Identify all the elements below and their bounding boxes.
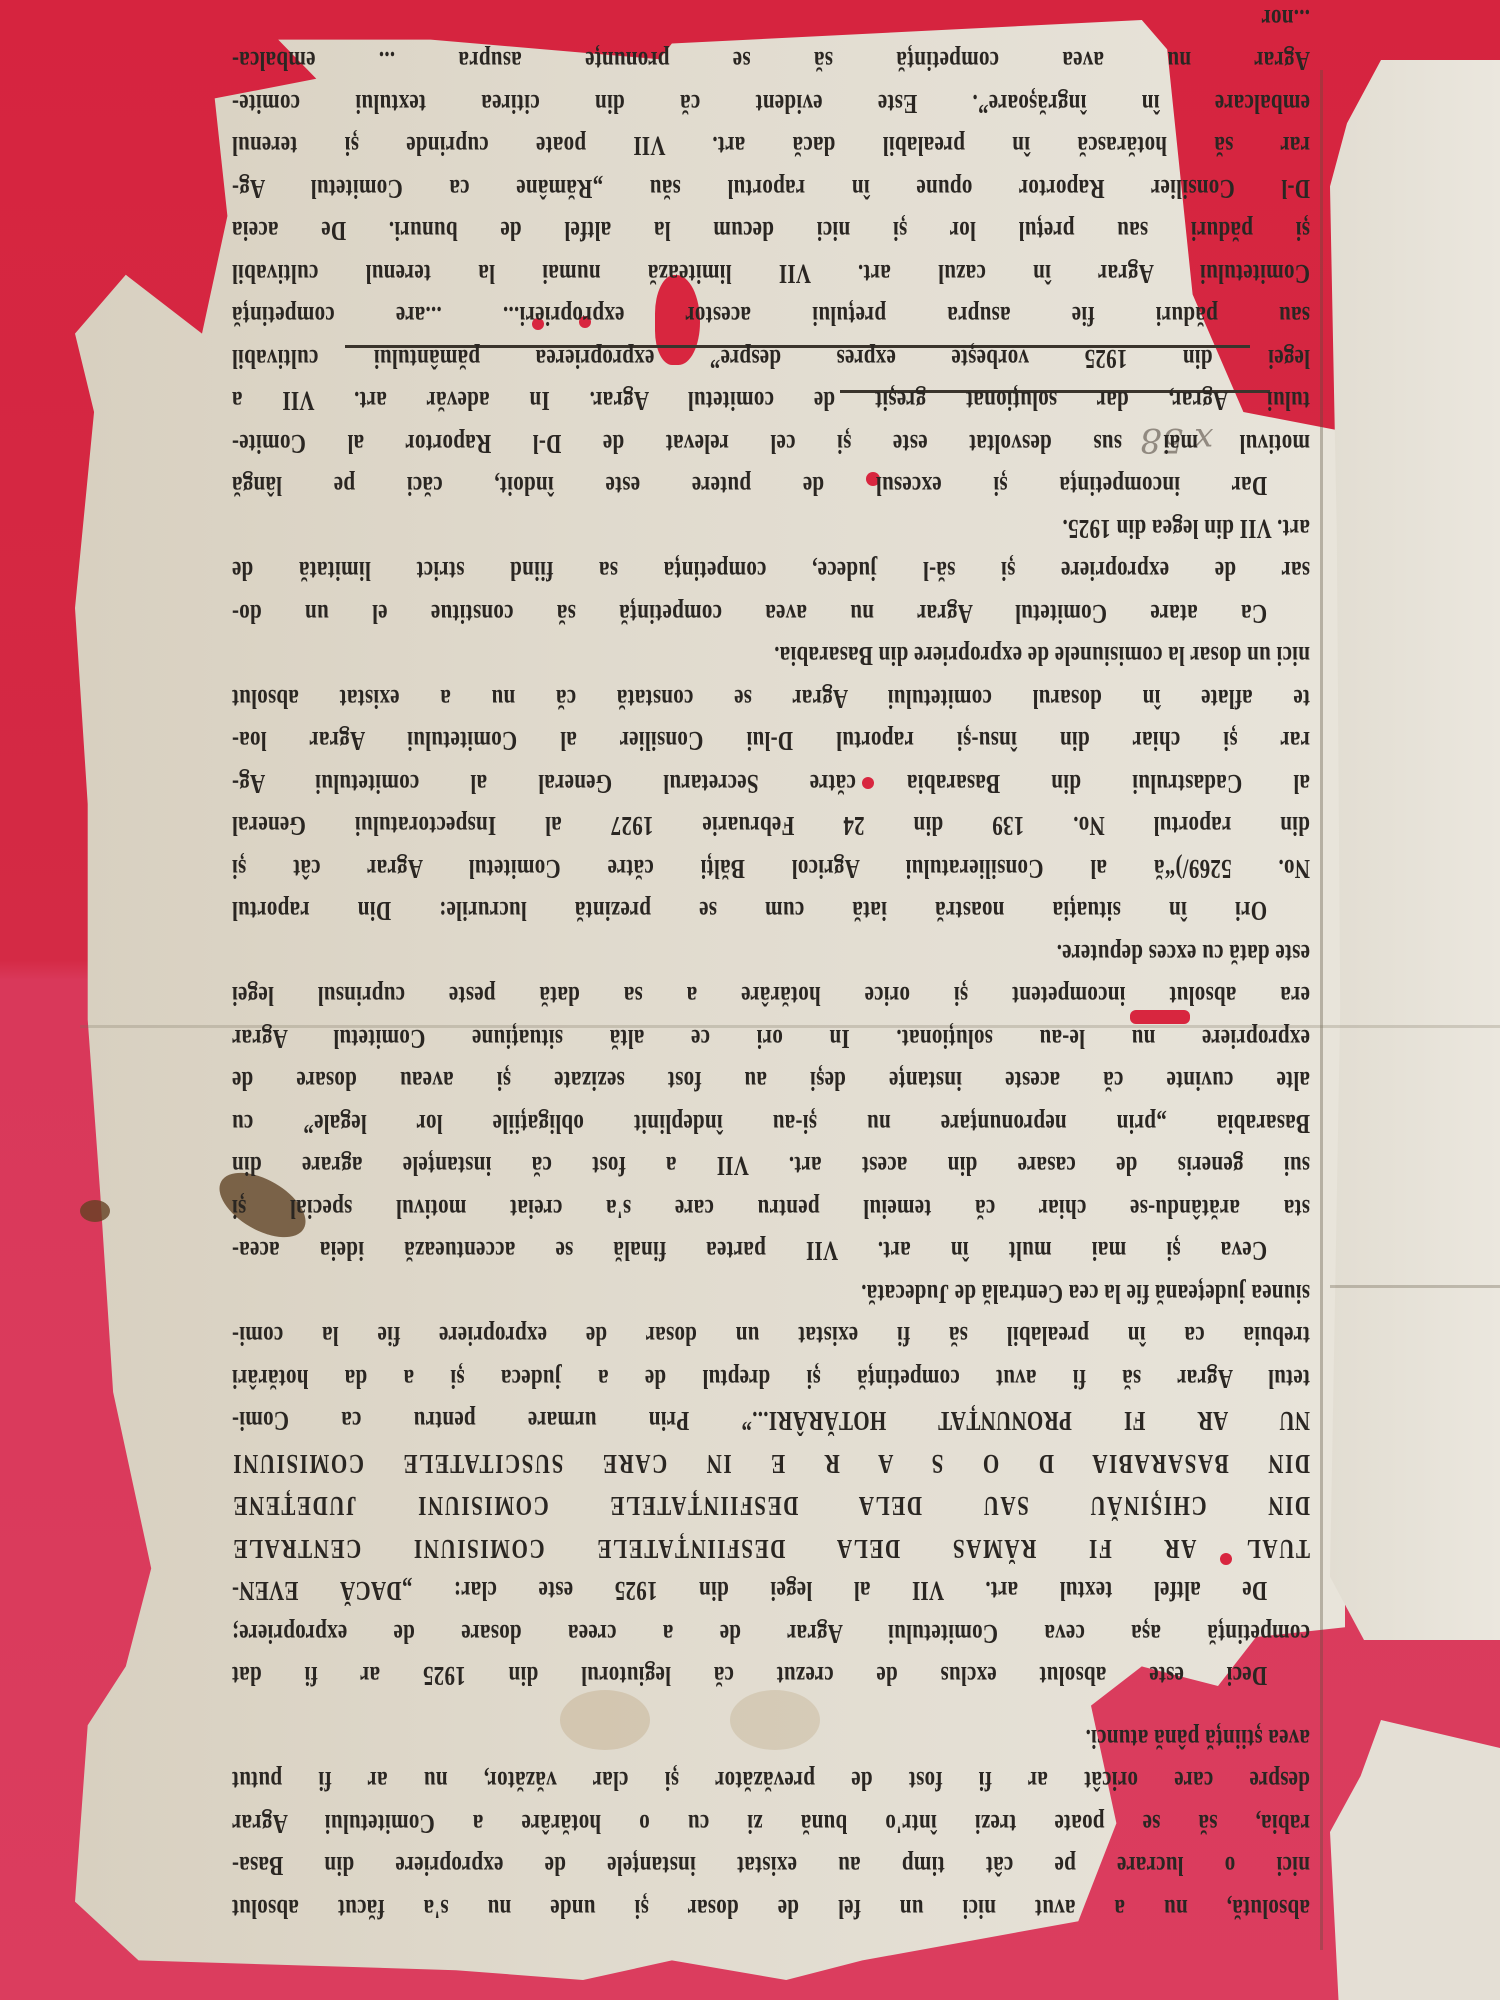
text-line: Ori în situația noastră iată cum se prez… xyxy=(232,890,1310,933)
text-line: Agrar nu avea competință să se pronunțe … xyxy=(232,40,1310,83)
text-line: Ceva și mai mult în art. VII partea fina… xyxy=(232,1230,1310,1273)
text-line: rar și chiar din însu-și raportul D-lui … xyxy=(232,720,1310,763)
text-line: nici un dosar la comisiunele de expropri… xyxy=(232,635,1310,678)
text-line: De altfel textul art. VII al legei din 1… xyxy=(232,1570,1310,1613)
text-line: te aflate în dosarul comitetului Agrar s… xyxy=(232,678,1310,721)
text-line: DIN CHIȘINĂU SAU DELA DESFIINȚATELE COMI… xyxy=(232,1485,1310,1528)
text-line: rabia, să se poate trezi într'o bună zi … xyxy=(232,1803,1310,1846)
text-line: al Cadastrului din Basarabia către Secre… xyxy=(232,763,1310,806)
text-line: art. VII din legea din 1925. xyxy=(232,508,1310,551)
text-line: Basarabia „prin nepronunțare nu și-au în… xyxy=(232,1103,1310,1146)
text-line: despre care oricât ar fi fost de prevăză… xyxy=(232,1760,1310,1803)
right-fold-crease xyxy=(1330,1285,1500,1288)
text-line: tetul Agrar să fi avut competință și dre… xyxy=(232,1358,1310,1401)
text-line: Deci este absolut exclus de crezut că le… xyxy=(232,1655,1310,1698)
text-line: Ca atare Comitetul Agrar nu avea competi… xyxy=(232,593,1310,636)
text-line: absolută, nu a avut nici un fel de dosar… xyxy=(232,1888,1310,1931)
brown-stain-edge xyxy=(80,1200,110,1222)
text-line: Comitetului Agrar în cazul art. VII limi… xyxy=(232,253,1310,296)
text-line: și păduri sau prețul lor și nici decum l… xyxy=(232,210,1310,253)
text-line: sui generis de casare din acest art. VII… xyxy=(232,1145,1310,1188)
text-line: trebuia ca în prealabil să fi existat un… xyxy=(232,1315,1310,1358)
text-line: motivul mai sus desvoltat este și cel re… xyxy=(232,423,1310,466)
text-line: siunea județeană fie la cea Centrală de … xyxy=(232,1273,1310,1316)
vertical-fold-crease xyxy=(1320,70,1323,1950)
text-line: D-l Consilier Raportor opune în raportul… xyxy=(232,168,1310,211)
text-line: sau păduri fie asupra prețului acestor e… xyxy=(232,295,1310,338)
text-line: nici o lucrare pe cât timp au existat in… xyxy=(232,1845,1310,1888)
text-line: avea știință până atunci. xyxy=(232,1718,1310,1761)
text-line: sar de expropriere și să-l judece, compe… xyxy=(232,550,1310,593)
document-body-text: absolută, nu a avut nici un fel de dosar… xyxy=(230,70,1310,1930)
text-line: competință așa ceva Comitetului Agrar de… xyxy=(232,1613,1310,1656)
text-line: ...nor xyxy=(232,0,1310,40)
text-line: DIN BASARABIA D O S A R E IN CARE SUSCIT… xyxy=(232,1443,1310,1486)
text-line: TUAL AR FI RĂMAS DELA DESFIINȚATELE COMI… xyxy=(232,1528,1310,1571)
document-right-fragment xyxy=(1330,60,1500,1640)
text-line: No. 5269/)“ă al Consilieratului Agricol … xyxy=(232,848,1310,891)
text-line: sta arătându-se chiar că temeiul pentru … xyxy=(232,1188,1310,1231)
text-line: embalcare în îngrășoare”. Este evident c… xyxy=(232,83,1310,126)
text-line: era absolut incompetent și orice hotărâr… xyxy=(232,975,1310,1018)
text-line: alte cuvinte că aceste instanțe deși au … xyxy=(232,1060,1310,1103)
text-line: tului Agrar, dar soluționat greșit de co… xyxy=(232,380,1310,423)
text-line: Dar incompetința și excesul de putere es… xyxy=(232,465,1310,508)
text-line: din raportul No. 139 din 24 Februarie 19… xyxy=(232,805,1310,848)
text-line: legei din 1925 vorbește expres despre” e… xyxy=(232,338,1310,381)
text-line: este dată cu exces deputere. xyxy=(232,933,1310,976)
text-line: NU AR FI PRONUNȚAT HOTĂRÂRI...” Prin urm… xyxy=(232,1400,1310,1443)
text-line: expropriere nu le-au soluționat. In ori … xyxy=(232,1018,1310,1061)
text-line: rar să hotărască în prealabil dacă art. … xyxy=(232,125,1310,168)
document-bottom-right-fragment xyxy=(1330,1720,1500,2000)
